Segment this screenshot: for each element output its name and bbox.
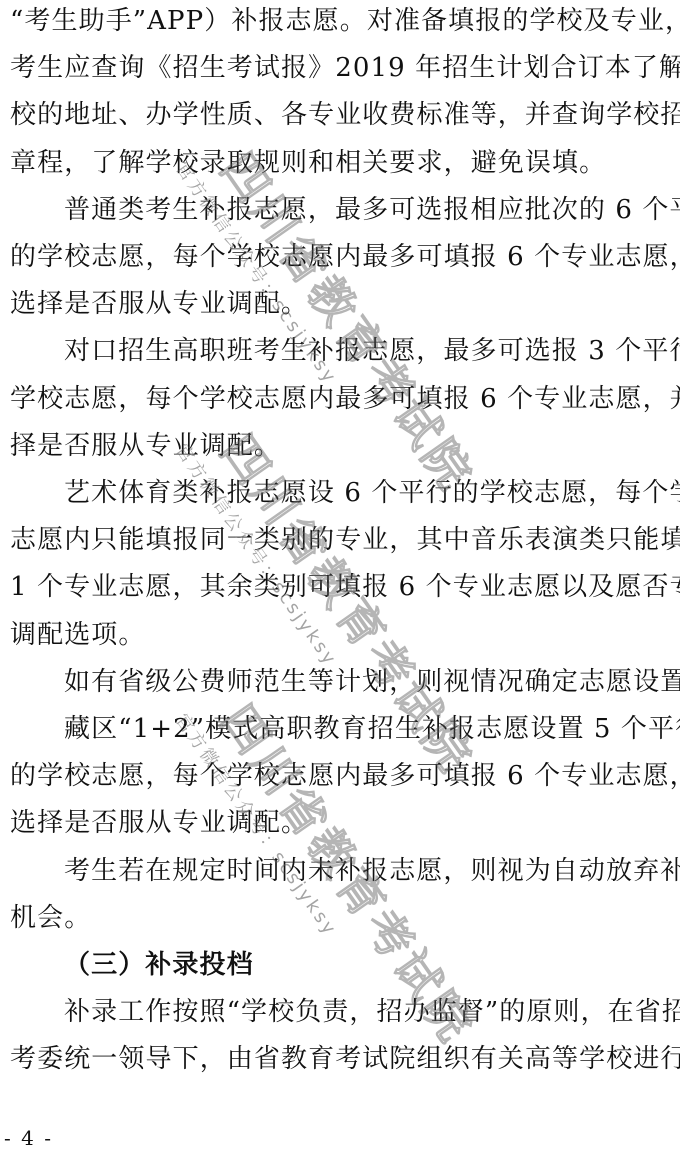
text-line: 如有省级公费师范生等计划，则视情况确定志愿设置。 — [64, 667, 672, 697]
text-line: 艺术体育类补报志愿设 6 个平行的学校志愿，每个学校 — [64, 478, 672, 508]
text-line: 机会。 — [10, 903, 672, 933]
text-line: 志愿内只能填报同一类别的专业，其中音乐表演类只能填报 — [10, 525, 672, 555]
text-line: 的学校志愿，每个学校志愿内最多可填报 6 个专业志愿，并 — [10, 242, 672, 272]
text-line: 调配选项。 — [10, 620, 672, 650]
text-line: 校的地址、办学性质、各专业收费标准等，并查询学校招生 — [10, 100, 672, 130]
text-line: 章程，了解学校录取规则和相关要求，避免误填。 — [10, 148, 672, 178]
text-line: 学校志愿，每个学校志愿内最多可填报 6 个专业志愿，并选 — [10, 384, 672, 414]
document-page: “考生助手”APP）补报志愿。对准备填报的学校及专业，考生应查询《招生考试报》2… — [0, 0, 680, 1157]
text-line: 的学校志愿，每个学校志愿内最多可填报 6 个专业志愿，并 — [10, 761, 672, 791]
text-line: 选择是否服从专业调配。 — [10, 289, 672, 319]
text-line: 补录工作按照“学校负责，招办监督”的原则，在省招 — [64, 997, 672, 1027]
text-line: “考生助手”APP）补报志愿。对准备填报的学校及专业， — [10, 6, 672, 36]
text-line: 普通类考生补报志愿，最多可选报相应批次的 6 个平行 — [64, 195, 672, 225]
text-line: 考生应查询《招生考试报》2019 年招生计划合订本了解各学 — [10, 53, 672, 83]
section-heading: （三）补录投档 — [64, 950, 672, 980]
text-line: 选择是否服从专业调配。 — [10, 808, 672, 838]
text-line: 对口招生高职班考生补报志愿，最多可选报 3 个平行的 — [64, 336, 672, 366]
text-line: 考委统一领导下，由省教育考试院组织有关高等学校进行。 — [10, 1044, 672, 1074]
text-line: 藏区“1+2”模式高职教育招生补报志愿设置 5 个平行 — [64, 714, 672, 744]
text-line: 择是否服从专业调配。 — [10, 431, 672, 461]
text-line: 考生若在规定时间内未补报志愿，则视为自动放弃补录 — [64, 856, 672, 886]
page-number: - 4 - — [4, 1126, 53, 1150]
text-line: 1 个专业志愿，其余类别可填报 6 个专业志愿以及愿否专业 — [10, 572, 672, 602]
